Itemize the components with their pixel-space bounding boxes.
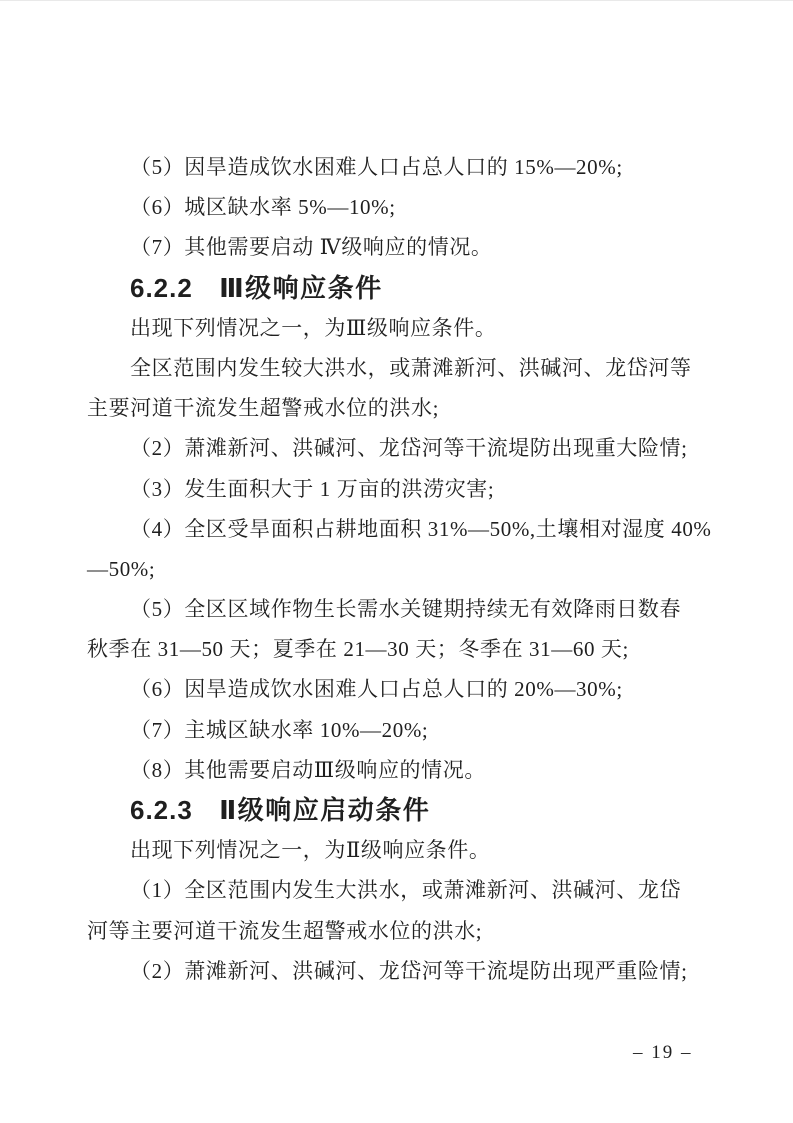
item-iii-2: （2）萧滩新河、洪碱河、龙岱河等干流堤防出现重大险情; [87,428,715,468]
item-iii-8: （8）其他需要启动Ⅲ级响应的情况。 [87,750,715,790]
section-number: 6.2.3 [130,795,193,825]
item-iii-4-line-1: （4）全区受旱面积占耕地面积 31%—50%,土壤相对湿度 40% [87,509,715,549]
item-iv-7: （7）其他需要启动 Ⅳ级响应的情况。 [87,227,715,267]
item-ii-1-line-2: 河等主要河道干流发生超警戒水位的洪水; [87,911,715,951]
item-iii-1-line-2: 主要河道干流发生超警戒水位的洪水; [87,388,715,428]
intro-level-ii: 出现下列情况之一，为Ⅱ级响应条件。 [87,830,715,870]
section-title: Ⅱ级响应启动条件 [219,795,430,825]
intro-level-iii: 出现下列情况之一，为Ⅲ级响应条件。 [87,308,715,348]
section-heading-6-2-3: 6.2.3 Ⅱ级响应启动条件 [87,790,715,830]
item-iii-4-line-2: —50%; [87,549,715,589]
document-body: （5）因旱造成饮水困难人口占总人口的 15%—20%; （6）城区缺水率 5%—… [87,147,715,991]
item-iv-6: （6）城区缺水率 5%—10%; [87,187,715,227]
item-ii-1-line-1: （1）全区范围内发生大洪水，或萧滩新河、洪碱河、龙岱 [87,870,715,910]
section-heading-6-2-2: 6.2.2 Ⅲ级响应条件 [87,268,715,308]
item-iii-3: （3）发生面积大于 1 万亩的洪涝灾害; [87,469,715,509]
section-title: Ⅲ级响应条件 [219,273,383,303]
document-page: （5）因旱造成饮水困难人口占总人口的 15%—20%; （6）城区缺水率 5%—… [0,0,793,1123]
item-iii-5-line-1: （5）全区区域作物生长需水关键期持续无有效降雨日数春 [87,589,715,629]
item-iv-5: （5）因旱造成饮水困难人口占总人口的 15%—20%; [87,147,715,187]
item-iii-6: （6）因旱造成饮水困难人口占总人口的 20%—30%; [87,669,715,709]
item-iii-7: （7）主城区缺水率 10%—20%; [87,710,715,750]
item-iii-5-line-2: 秋季在 31—50 天；夏季在 21—30 天；冬季在 31—60 天; [87,629,715,669]
section-number: 6.2.2 [130,273,193,303]
item-iii-1-line-1: 全区范围内发生较大洪水，或萧滩新河、洪碱河、龙岱河等 [87,348,715,388]
page-number: – 19 – [633,1040,693,1066]
item-ii-2: （2）萧滩新河、洪碱河、龙岱河等干流堤防出现严重险情; [87,951,715,991]
